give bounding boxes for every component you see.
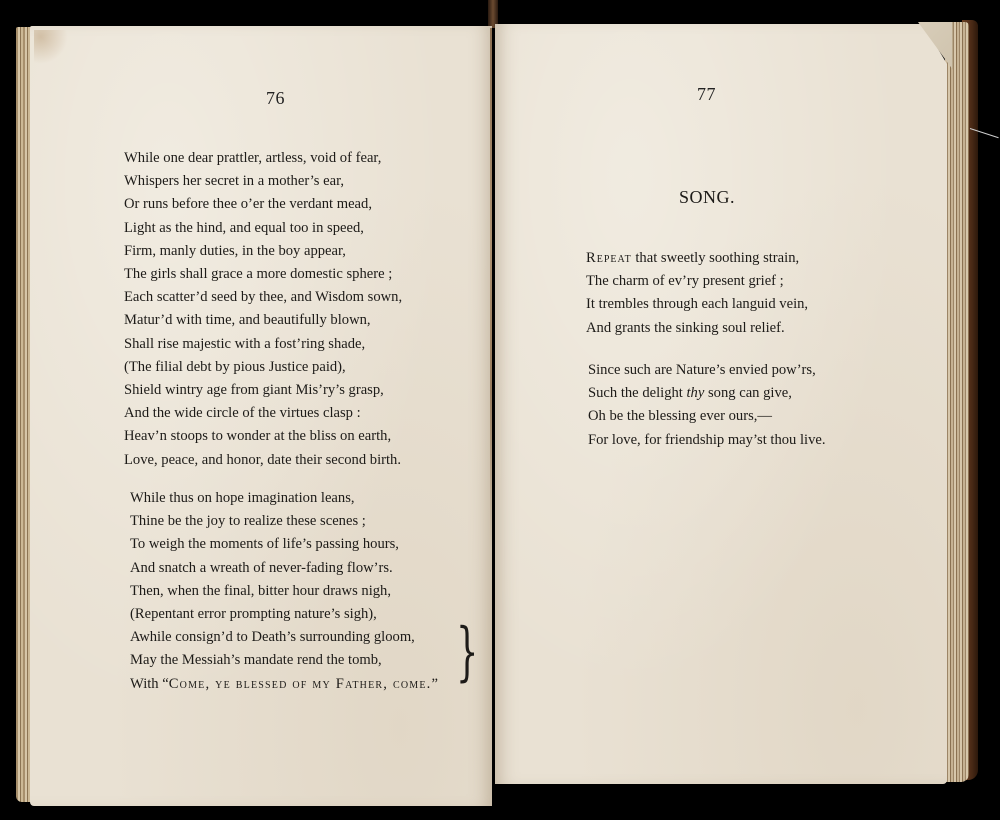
verse-line: Light as the hind, and equal too in spee… — [124, 217, 402, 240]
verse-line: Such the delight thy song can give, — [588, 382, 826, 405]
final-line-suffix: ” — [432, 676, 438, 692]
verse-line: Whispers her secret in a mother’s ear, — [124, 170, 402, 193]
verse-line: Or runs before thee o’er the verdant mea… — [124, 193, 402, 216]
verse-line: It trembles through each languid vein, — [586, 293, 808, 316]
verse-line: Each scatter’d seed by thee, and Wisdom … — [124, 286, 402, 309]
final-line-prefix: With “ — [130, 676, 169, 692]
page-number-right: 77 — [697, 84, 716, 105]
opening-word: Repeat — [586, 250, 632, 266]
verse-line: To weigh the moments of life’s passing h… — [130, 533, 438, 556]
song-title: SONG. — [679, 187, 735, 208]
verse-line: Repeat that sweetly soothing strain, — [586, 247, 808, 270]
triplet-brace: } — [456, 620, 478, 684]
verse-line: And the wide circle of the virtues clasp… — [124, 402, 402, 425]
line-text: Such the delight — [588, 385, 687, 401]
verse-line: Firm, manly duties, in the boy appear, — [124, 240, 402, 263]
verse-line: The charm of ev’ry present grief ; — [586, 270, 808, 293]
song-stanza-1: Repeat that sweetly soothing strain, The… — [586, 247, 808, 340]
verse-line: Awhile consign’d to Death’s surrounding … — [130, 626, 438, 649]
verse-line: Heav’n stoops to wonder at the bliss on … — [124, 425, 402, 448]
verse-line: (The filial debt by pious Justice paid), — [124, 356, 402, 379]
poem-stanza-2: While thus on hope imagination leans, Th… — [130, 487, 438, 696]
gutter-binding-thread — [490, 28, 492, 548]
verse-line: (Repentant error prompting nature’s sigh… — [130, 603, 438, 626]
verse-line: And grants the sinking soul relief. — [586, 317, 808, 340]
verse-line: Shall rise majestic with a fost’ring sha… — [124, 333, 402, 356]
page-number-left: 76 — [266, 88, 285, 109]
open-book: 76 While one dear prattler, artless, voi… — [0, 0, 1000, 820]
verse-line: Since such are Nature’s envied pow’rs, — [588, 359, 826, 382]
right-page-edges — [945, 22, 969, 782]
verse-line: And snatch a wreath of never-fading flow… — [130, 557, 438, 580]
verse-line: While one dear prattler, artless, void o… — [124, 147, 402, 170]
verse-line: Then, when the final, bitter hour draws … — [130, 580, 438, 603]
opening-line-rest: that sweetly soothing strain, — [632, 250, 799, 266]
song-stanza-2: Since such are Nature’s envied pow’rs, S… — [588, 359, 826, 452]
verse-line: Shield wintry age from giant Mis’ry’s gr… — [124, 379, 402, 402]
poem-stanza-1: While one dear prattler, artless, void o… — [124, 147, 402, 472]
line-text: song can give, — [704, 385, 792, 401]
italic-word: thy — [687, 385, 705, 401]
foxing-stain — [34, 30, 68, 64]
verse-line: Love, peace, and honor, date their secon… — [124, 449, 402, 472]
verse-line: Oh be the blessing ever ours,— — [588, 405, 826, 428]
verse-line: While thus on hope imagination leans, — [130, 487, 438, 510]
verse-line: Matur’d with time, and beautifully blown… — [124, 309, 402, 332]
verse-line: For love, for friendship may’st thou liv… — [588, 429, 826, 452]
verse-line: The girls shall grace a more domestic sp… — [124, 263, 402, 286]
verse-line: May the Messiah’s mandate rend the tomb, — [130, 649, 438, 672]
scripture-quote: Come, ye blessed of my Father, come. — [169, 676, 432, 692]
verse-line-final: With “Come, ye blessed of my Father, com… — [130, 673, 438, 696]
spine-top — [488, 0, 498, 28]
verse-line: Thine be the joy to realize these scenes… — [130, 510, 438, 533]
